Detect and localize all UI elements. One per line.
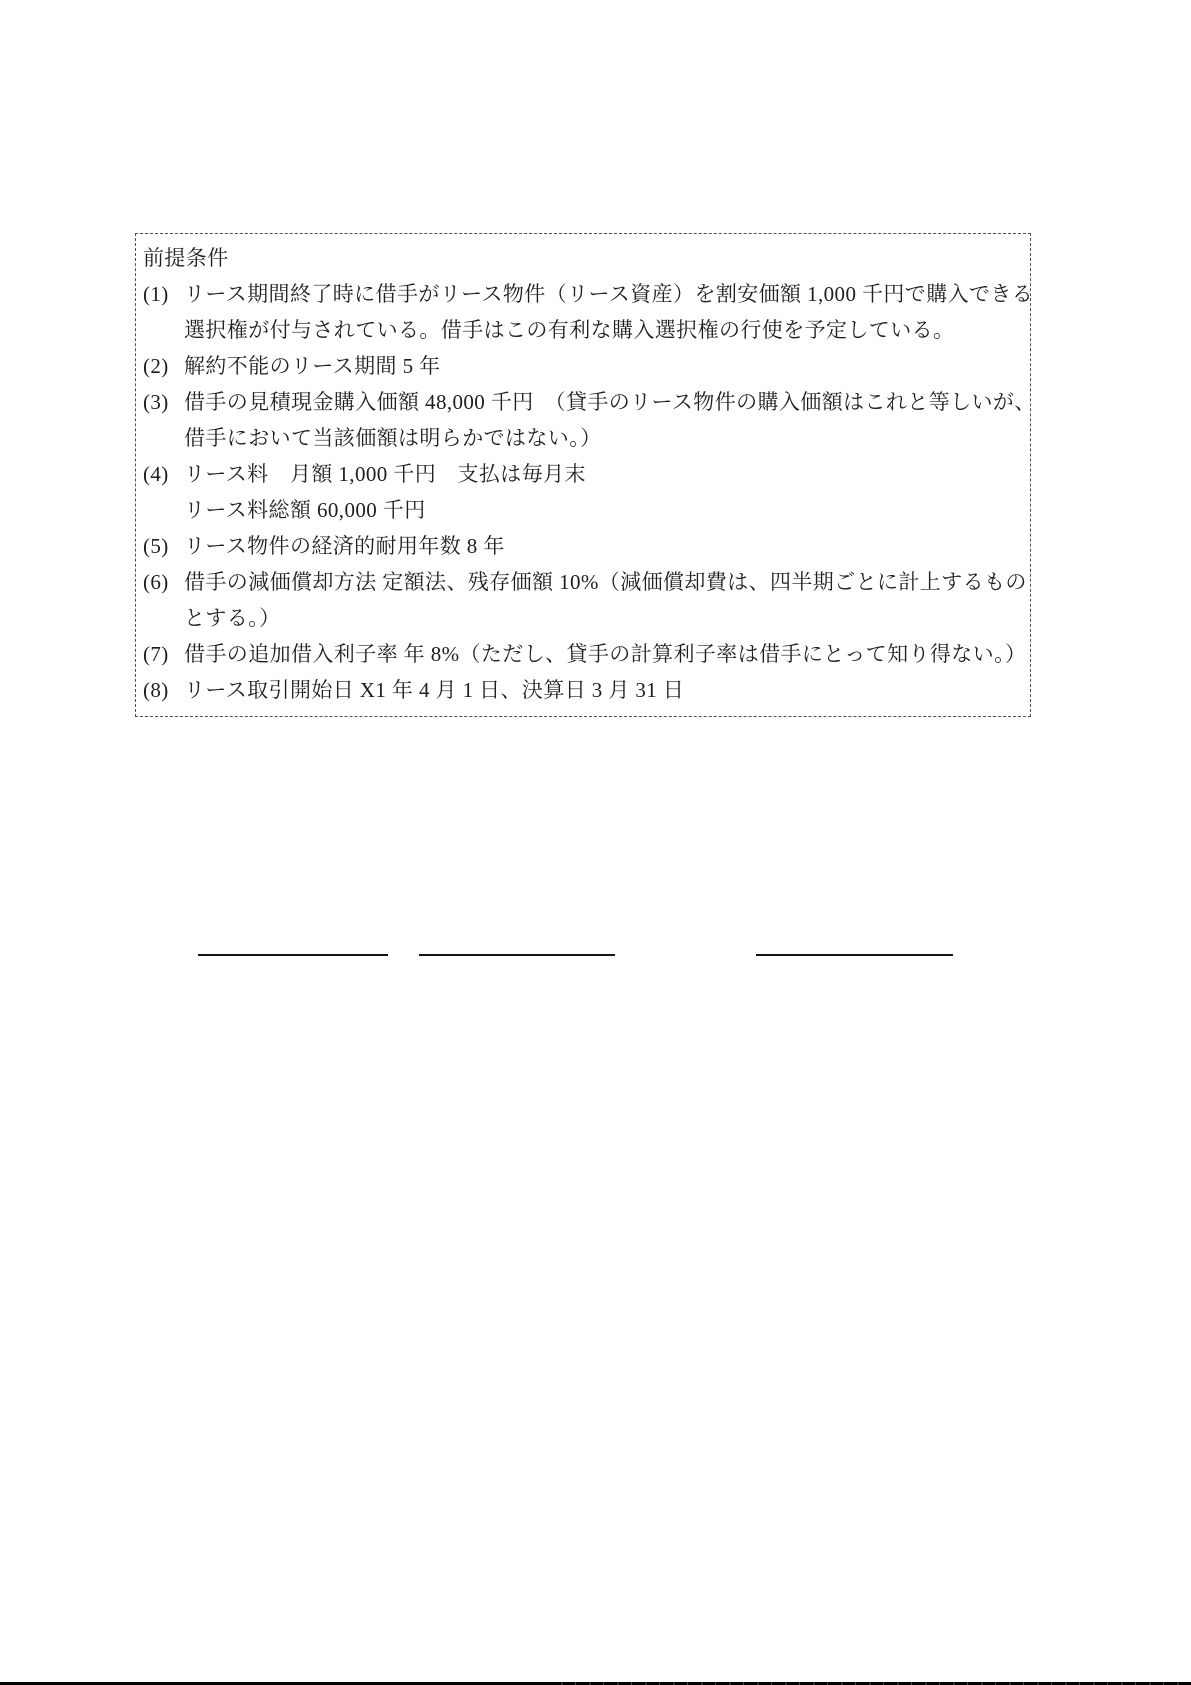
item-line: 選択権が付与されている。借手はこの有利な購入選択権の行使を予定している。 — [184, 312, 1020, 348]
item-line: 借手において当該価額は明らかではない。） — [184, 420, 1020, 456]
item-line: リース料総額 60,000 千円 — [184, 492, 1020, 528]
item-line: リース取引開始日 X1 年 4 月 1 日、決算日 3 月 31 日 — [184, 672, 1020, 708]
answer-blank-line-2 — [419, 954, 615, 956]
item-number: (6) — [143, 564, 181, 600]
item-line: 借手の追加借入利子率 年 8%（ただし、貸手の計算利子率は借手にとって知り得ない… — [184, 636, 1020, 672]
answer-blank-line-1 — [198, 954, 388, 956]
document-page: 前提条件 (1) リース期間終了時に借手がリース物件（リース資産）を割安価額 1… — [0, 0, 1191, 1685]
condition-item-7: (7) 借手の追加借入利子率 年 8%（ただし、貸手の計算利子率は借手にとって知… — [143, 636, 1020, 672]
item-line: 借手の減価償却方法 定額法、残存価額 10%（減価償却費は、四半期ごとに計上する… — [184, 564, 1020, 600]
condition-item-6: (6) 借手の減価償却方法 定額法、残存価額 10%（減価償却費は、四半期ごとに… — [143, 564, 1020, 636]
condition-item-3: (3) 借手の見積現金購入価額 48,000 千円 （貸手のリース物件の購入価額… — [143, 384, 1020, 456]
item-number: (7) — [143, 636, 181, 672]
item-number: (3) — [143, 384, 181, 420]
item-line: リース物件の経済的耐用年数 8 年 — [184, 528, 1020, 564]
item-line: とする。） — [184, 600, 1020, 636]
preconditions-box: 前提条件 (1) リース期間終了時に借手がリース物件（リース資産）を割安価額 1… — [135, 233, 1031, 717]
item-line: リース料 月額 1,000 千円 支払は毎月末 — [184, 456, 1020, 492]
item-line: 借手の見積現金購入価額 48,000 千円 （貸手のリース物件の購入価額はこれと… — [184, 384, 1020, 420]
condition-item-8: (8) リース取引開始日 X1 年 4 月 1 日、決算日 3 月 31 日 — [143, 672, 1020, 708]
item-number: (5) — [143, 528, 181, 564]
box-title: 前提条件 — [143, 240, 1020, 276]
item-number: (8) — [143, 672, 181, 708]
answer-blank-line-3 — [756, 954, 953, 956]
item-line: 解約不能のリース期間 5 年 — [184, 348, 1020, 384]
item-number: (2) — [143, 348, 181, 384]
condition-item-4: (4) リース料 月額 1,000 千円 支払は毎月末 リース料総額 60,00… — [143, 456, 1020, 528]
item-number: (4) — [143, 456, 181, 492]
item-number: (1) — [143, 276, 181, 312]
item-line: リース期間終了時に借手がリース物件（リース資産）を割安価額 1,000 千円で購… — [184, 276, 1020, 312]
condition-item-5: (5) リース物件の経済的耐用年数 8 年 — [143, 528, 1020, 564]
condition-item-1: (1) リース期間終了時に借手がリース物件（リース資産）を割安価額 1,000 … — [143, 276, 1020, 348]
condition-item-2: (2) 解約不能のリース期間 5 年 — [143, 348, 1020, 384]
